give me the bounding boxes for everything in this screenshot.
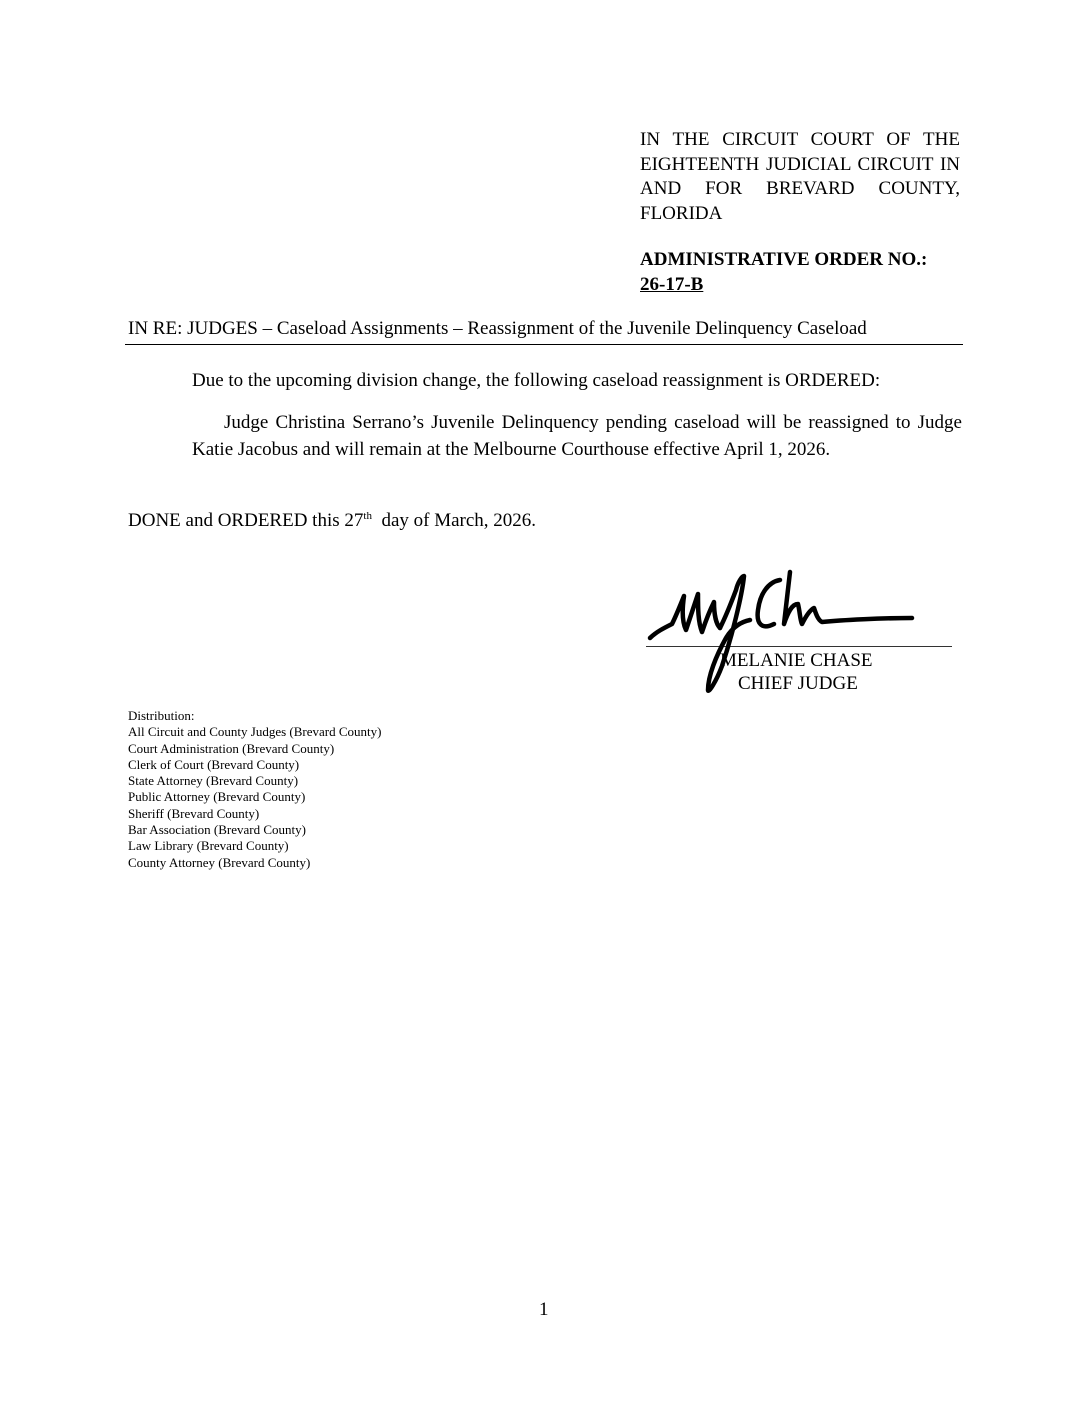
distribution-recipient: State Attorney (Brevard County) [128,773,381,789]
distribution-recipient: County Attorney (Brevard County) [128,855,381,871]
distribution-recipient: Public Attorney (Brevard County) [128,789,381,805]
done-suffix: day of March, 2026. [372,510,536,531]
caption-line: EIGHTEENTH JUDICIAL CIRCUIT IN [640,153,960,178]
distribution-heading: Distribution: [128,708,381,724]
distribution-recipient: Law Library (Brevard County) [128,838,381,854]
order-label: ADMINISTRATIVE ORDER NO.: [640,247,927,272]
distribution-recipient: Clerk of Court (Brevard County) [128,757,381,773]
distribution-recipient: Court Administration (Brevard County) [128,741,381,757]
in-re-heading: IN RE: JUDGES – Caseload Assignments – R… [128,317,867,341]
distribution-recipient: All Circuit and County Judges (Brevard C… [128,724,381,740]
heading-divider [125,344,963,345]
page-number: 1 [539,1298,549,1322]
court-caption: IN THE CIRCUIT COURT OF THE EIGHTEENTH J… [640,128,960,226]
caption-line: AND FOR BREVARD COUNTY, [640,177,960,202]
order-reassignment-paragraph: Judge Christina Serrano’s Juvenile Delin… [192,409,962,463]
done-and-ordered-line: DONE and ORDERED this 27th day of March,… [128,509,536,533]
caption-line: FLORIDA [640,202,960,227]
ordinal-suffix: th [363,510,372,522]
distribution-recipient: Sheriff (Brevard County) [128,806,381,822]
signer-name: MELANIE CHASE [720,649,873,673]
caption-line: IN THE CIRCUIT COURT OF THE [640,128,960,153]
order-number: 26-17-B [640,272,703,297]
done-prefix: DONE and ORDERED this 27 [128,510,363,531]
order-intro-paragraph: Due to the upcoming division change, the… [192,369,880,393]
distribution-recipient: Bar Association (Brevard County) [128,822,381,838]
distribution-list: Distribution: All Circuit and County Jud… [128,708,381,871]
signer-title: CHIEF JUDGE [738,672,858,696]
